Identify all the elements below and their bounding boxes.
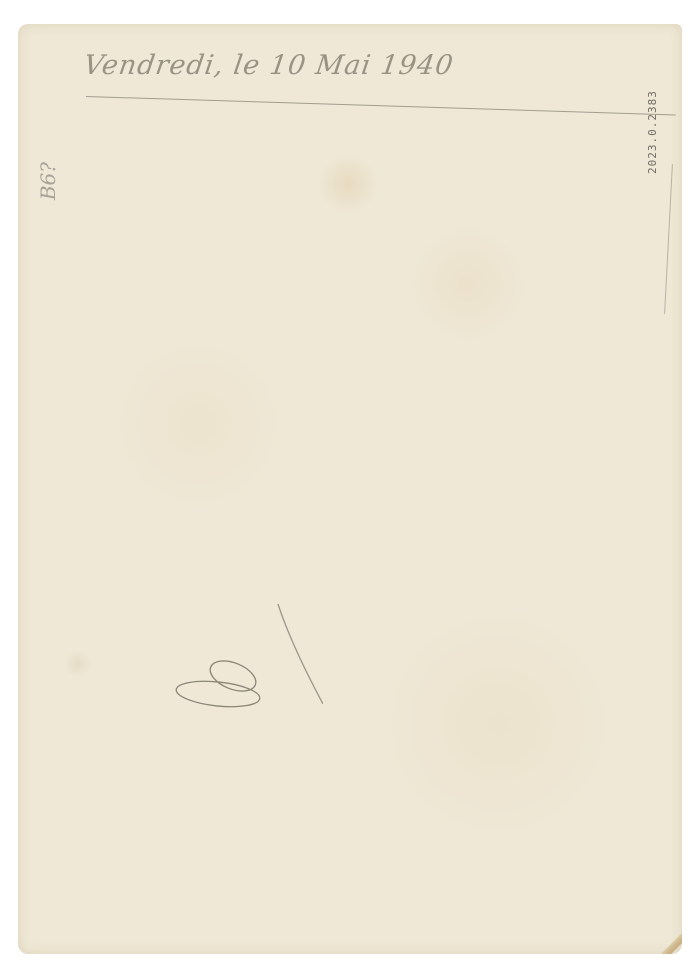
worn-corner xyxy=(662,934,682,954)
pencil-margin-line xyxy=(664,164,673,314)
pencil-scribble-icon xyxy=(173,594,323,714)
photo-card-back: Vendredi, le 10 Mai 1940 2023.0.2383 B6? xyxy=(18,24,682,954)
handwritten-date: Vendredi, le 10 Mai 1940 xyxy=(82,50,456,81)
side-annotation: B6? xyxy=(36,162,60,200)
pencil-underline xyxy=(86,96,676,116)
accession-number: 2023.0.2383 xyxy=(646,44,659,174)
